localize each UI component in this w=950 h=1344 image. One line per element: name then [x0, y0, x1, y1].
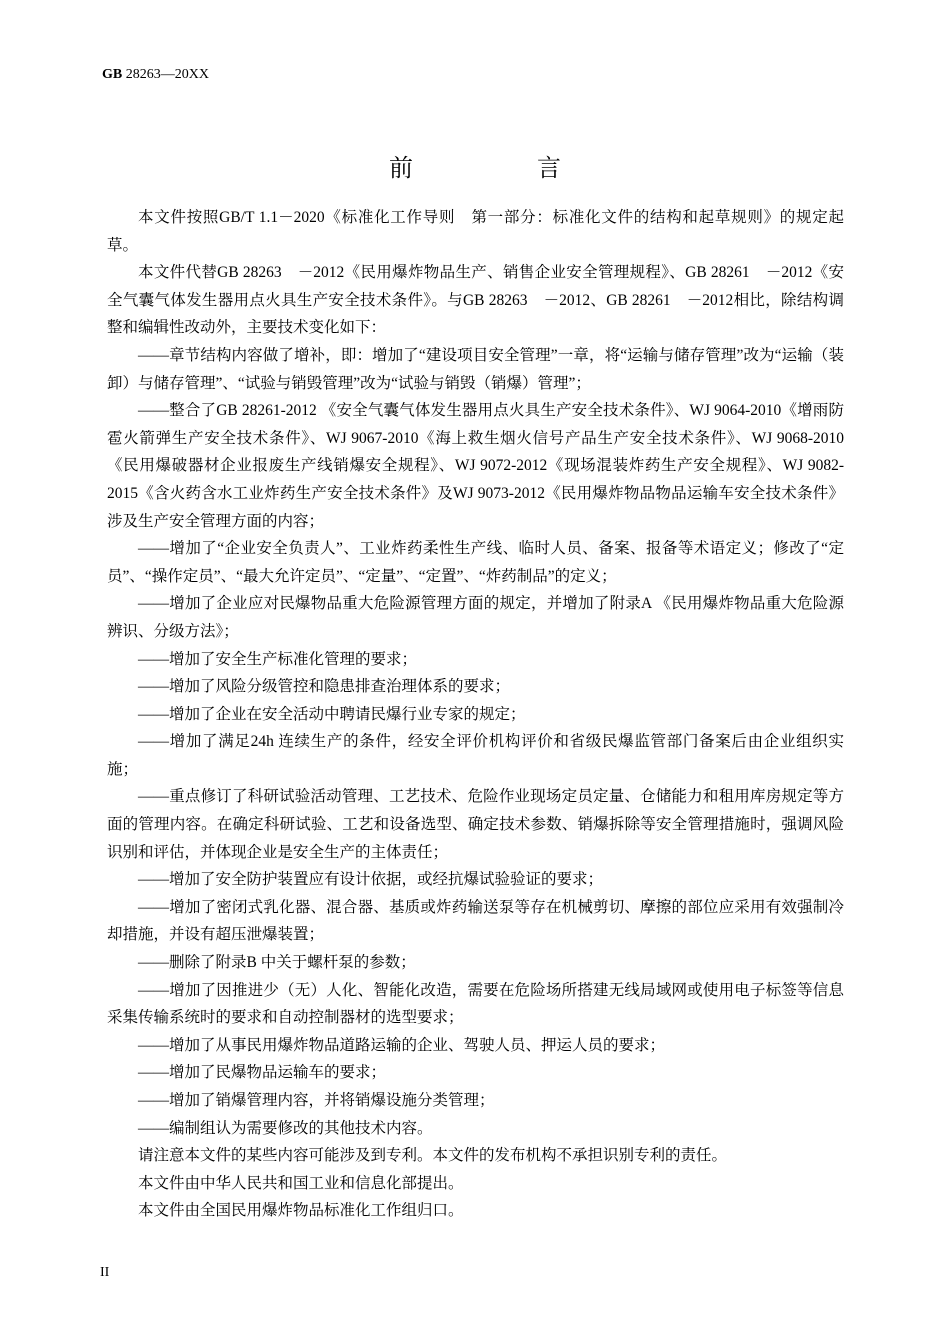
change-item: ——增加了企业应对民爆物品重大危险源管理方面的规定，并增加了附录A 《民用爆炸物…	[107, 590, 844, 645]
page-title: 前言	[0, 148, 950, 183]
change-item: ——增加了民爆物品运输车的要求；	[107, 1059, 844, 1087]
change-item: ——增加了“企业安全负责人”、工业炸药柔性生产线、临时人员、备案、报备等术语定义…	[107, 535, 844, 590]
title-char-2: 言	[537, 148, 561, 183]
paragraph-replacement: 本文件代替GB 28263 －2012《民用爆炸物品生产、销售企业安全管理规程》…	[107, 259, 844, 342]
standard-number: 28263—20XX	[122, 67, 209, 82]
standard-prefix: GB	[102, 67, 122, 82]
change-item: ——增加了密闭式乳化器、混合器、基质或炸药输送泵等存在机械剪切、摩擦的部位应采用…	[107, 894, 844, 949]
change-item: ——增加了销爆管理内容，并将销爆设施分类管理；	[107, 1087, 844, 1115]
change-item: ——整合了GB 28261-2012 《安全气囊气体发生器用点火具生产安全技术条…	[107, 397, 844, 535]
paragraph-centralized-by: 本文件由全国民用爆炸物品标准化工作组归口。	[107, 1197, 844, 1225]
paragraph-proposer: 本文件由中华人民共和国工业和信息化部提出。	[107, 1170, 844, 1198]
change-item: ——重点修订了科研试验活动管理、工艺技术、危险作业现场定员定量、仓储能力和租用库…	[107, 783, 844, 866]
change-item: ——编制组认为需要修改的其他技术内容。	[107, 1115, 844, 1143]
change-item: ——增加了安全防护装置应有设计依据，或经抗爆试验验证的要求；	[107, 866, 844, 894]
change-item: ——增加了企业在安全活动中聘请民爆行业专家的规定；	[107, 701, 844, 729]
change-item: ——章节结构内容做了增补，即：增加了“建设项目安全管理”一章，将“运输与储存管理…	[107, 342, 844, 397]
paragraph-drafting-rules: 本文件按照GB/T 1.1－2020《标准化工作导则 第一部分：标准化文件的结构…	[107, 204, 844, 259]
change-item: ——增加了因推进少（无）人化、智能化改造，需要在危险场所搭建无线局域网或使用电子…	[107, 977, 844, 1032]
change-item: ——增加了风险分级管控和隐患排查治理体系的要求；	[107, 673, 844, 701]
change-item: ——增加了满足24h 连续生产的条件，经安全评价机构评价和省级民爆监管部门备案后…	[107, 728, 844, 783]
change-item: ——增加了安全生产标准化管理的要求；	[107, 646, 844, 674]
foreword-body: 本文件按照GB/T 1.1－2020《标准化工作导则 第一部分：标准化文件的结构…	[107, 204, 844, 1225]
title-char-1: 前	[389, 148, 413, 183]
document-code-header: GB 28263—20XX	[102, 67, 209, 83]
change-item: ——删除了附录B 中关于螺杆泵的参数；	[107, 949, 844, 977]
page-number: II	[100, 1265, 109, 1281]
paragraph-patent-notice: 请注意本文件的某些内容可能涉及到专利。本文件的发布机构不承担识别专利的责任。	[107, 1142, 844, 1170]
change-item: ——增加了从事民用爆炸物品道路运输的企业、驾驶人员、押运人员的要求；	[107, 1032, 844, 1060]
